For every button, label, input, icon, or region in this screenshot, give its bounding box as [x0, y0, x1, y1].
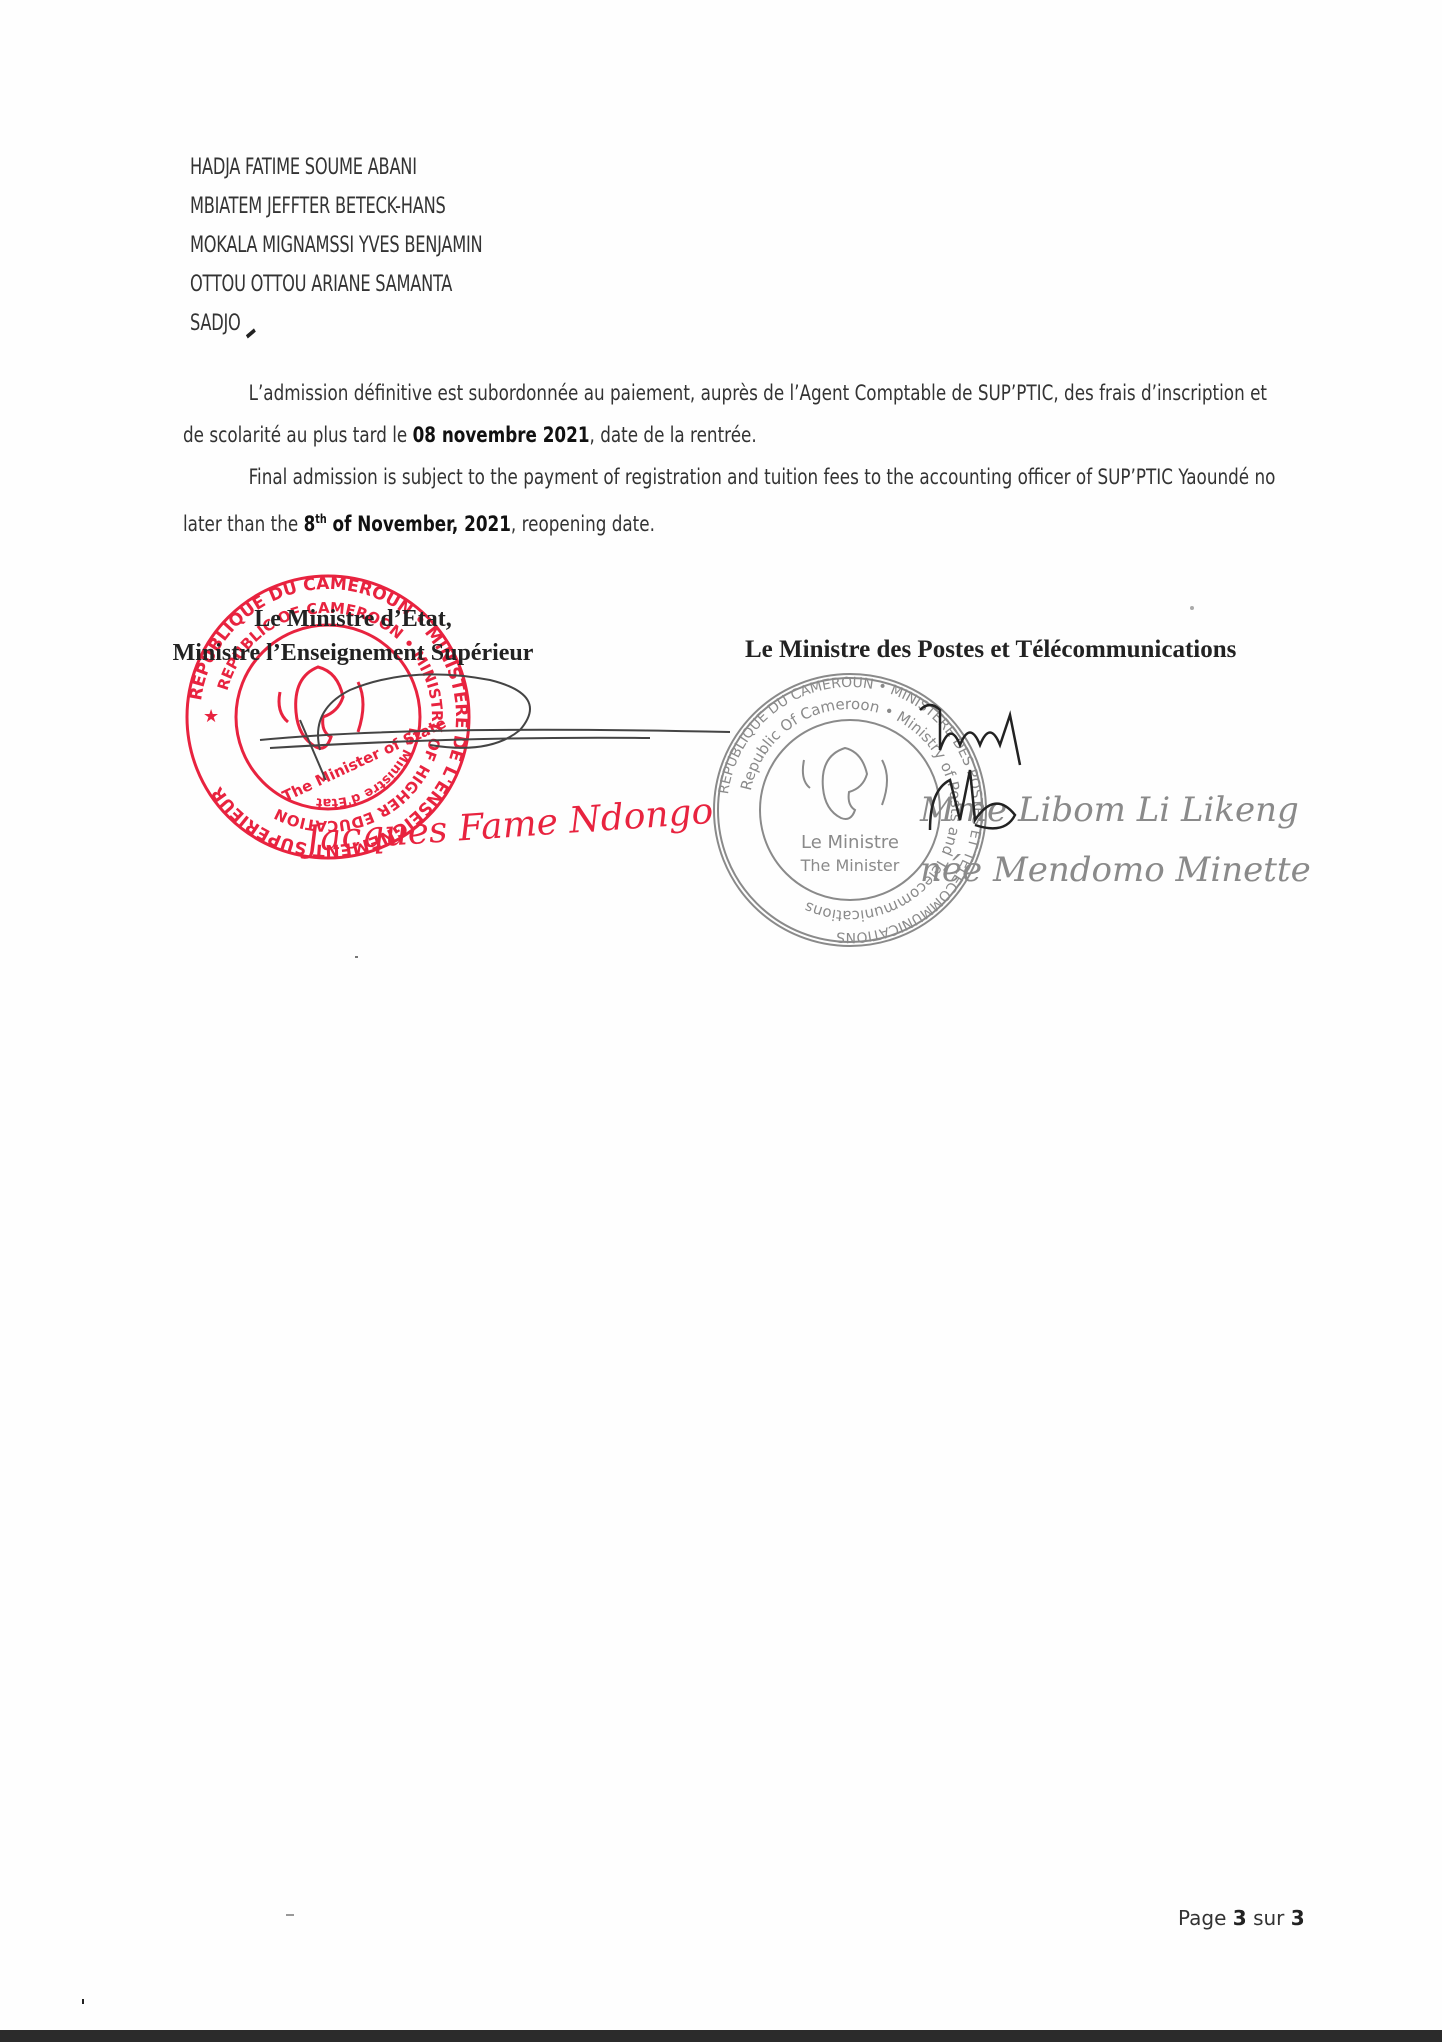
scan-speck	[82, 1999, 84, 2004]
admitted-names-list: HADJA FATIME SOUME ABANI MBIATEM JEFFTER…	[190, 148, 547, 343]
pen-mark-icon	[246, 328, 256, 338]
signatory-right-name-line2: née Mendomo Minette	[920, 850, 1311, 890]
list-item: MOKALA MIGNAMSSI YVES BENJAMIN	[190, 226, 482, 265]
scan-speck	[286, 1914, 294, 1916]
list-item: MBIATEM JEFFTER BETECK-HANS	[190, 187, 482, 226]
signature-scribble-left	[240, 660, 740, 780]
deadline-date-en: 8th of November, 2021	[304, 512, 511, 536]
paragraph-french: L’admission définitive est subordonnée a…	[183, 372, 1287, 456]
scan-speck	[1190, 606, 1194, 610]
document-page: HADJA FATIME SOUME ABANI MBIATEM JEFFTER…	[0, 0, 1442, 2030]
signature-scribble-right	[900, 690, 1100, 850]
list-item: HADJA FATIME SOUME ABANI	[190, 148, 482, 187]
svg-text:★: ★	[203, 706, 219, 727]
list-item: SADJO	[190, 304, 482, 343]
svg-text:The Minister: The Minister	[800, 856, 900, 875]
marianne-head-icon	[803, 748, 887, 819]
paragraph-english: Final admission is subject to the paymen…	[183, 456, 1287, 545]
page-number: Page 3 sur 3	[1178, 1906, 1305, 1930]
signatory-left-title: Le Ministre d’Etat, Ministre l’Enseignem…	[133, 602, 573, 670]
scan-speck	[355, 956, 358, 958]
svg-text:Le Ministre: Le Ministre	[801, 832, 899, 853]
list-item: OTTOU OTTOU ARIANE SAMANTA	[190, 265, 482, 304]
deadline-date-fr: 08 novembre 2021	[413, 423, 590, 447]
signatory-right-title: Le Ministre des Postes et Télécommunicat…	[745, 636, 1236, 664]
scan-bottom-edge	[0, 2030, 1442, 2042]
